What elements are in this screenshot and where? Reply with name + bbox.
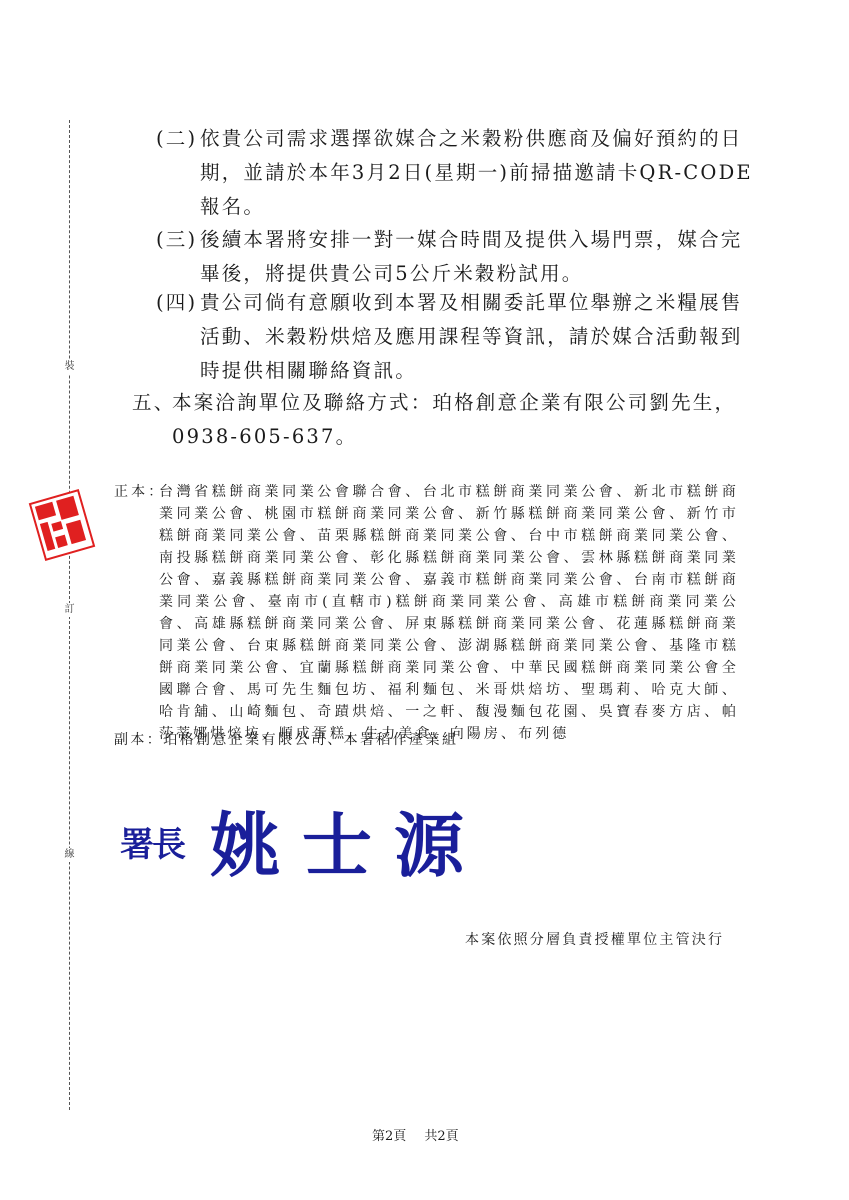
item-line: 依貴公司需求選擇欲媒合之米穀粉供應商及偏好預約的日	[200, 122, 760, 156]
item-label: (三)	[156, 223, 197, 257]
cc-block: 副本：珀格創意企業有限公司、本署稻作產業組	[114, 729, 458, 751]
item-line: 時提供相關聯絡資訊。	[200, 354, 760, 388]
contact-label: 五、	[132, 386, 175, 420]
signature-title: 署長	[120, 817, 184, 866]
recipients-list: 台灣省糕餅商業同業公會聯合會、台北市糕餅商業同業公會、新北市糕餅商業同業公會、桃…	[159, 481, 739, 745]
binding-label-xian: 線	[62, 848, 77, 862]
item-line: 報名。	[200, 190, 760, 224]
item-label: (四)	[156, 286, 197, 320]
binding-label-zhuang: 裝	[62, 360, 77, 374]
cc-list: 珀格創意企業有限公司、本署稻作產業組	[163, 732, 458, 748]
item-line: 貴公司倘有意願收到本署及相關委託單位舉辦之米糧展售	[200, 286, 760, 320]
signature-name: 姚士源	[210, 790, 486, 891]
contact-line: 本案洽詢單位及聯絡方式：珀格創意企業有限公司劉先生，	[172, 386, 792, 420]
delegation-note: 本案依照分層負責授權單位主管決行	[465, 929, 724, 949]
red-seal-stamp	[29, 489, 96, 561]
cc-label: 副本：	[114, 732, 163, 748]
item-label: (二)	[156, 122, 197, 156]
contact-phone: 0938-605-637。	[172, 420, 792, 454]
binding-label-ding: 訂	[62, 603, 77, 617]
recipients-label: 正本：	[114, 481, 165, 503]
item-line: 期，並請於本年3月2日(星期一)前掃描邀請卡QR-CODE	[200, 156, 760, 190]
item-line: 活動、米穀粉烘焙及應用課程等資訊，請於媒合活動報到	[200, 320, 760, 354]
item-line: 後續本署將安排一對一媒合時間及提供入場門票，媒合完	[200, 223, 760, 257]
page-number: 第2頁 共2頁	[372, 1125, 459, 1144]
